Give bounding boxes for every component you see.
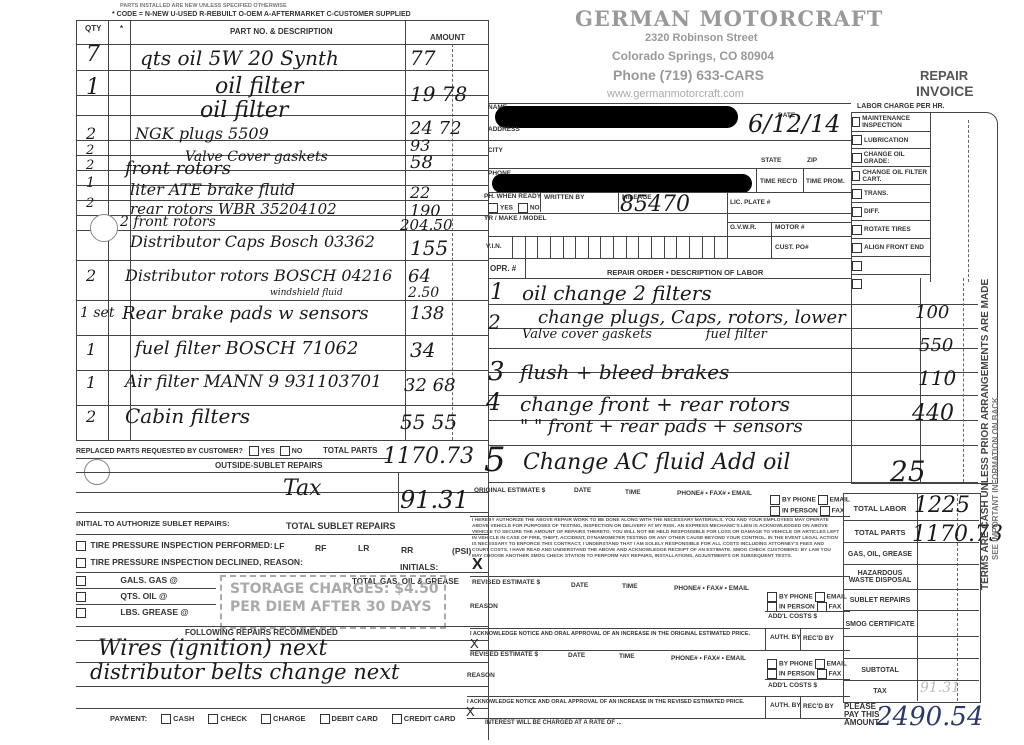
- ph-when-ready-label: PH. WHEN READY: [484, 193, 541, 200]
- zip-label: ZIP: [807, 157, 817, 164]
- yes-checkbox[interactable]: [249, 446, 259, 456]
- written-by-label: WRITTEN BY: [544, 194, 584, 201]
- labor-charge-per-hr: LABOR CHARGE PER HR.: [857, 103, 945, 110]
- service-align-front-end[interactable]: ALIGN FRONT END: [852, 239, 930, 257]
- motor-label: MOTOR #: [775, 224, 805, 231]
- pay-this-amount-value: 2490.54: [876, 702, 984, 732]
- col-amount-header: AMOUNT: [430, 33, 465, 42]
- replaced-parts-question: REPLACED PARTS REQUESTED BY CUSTOMER?: [76, 448, 243, 455]
- sublet-repairs-label: SUBLET REPAIRS: [845, 591, 915, 609]
- cust-po-label: CUST. PO#: [775, 244, 809, 251]
- shop-website[interactable]: www.germanmotorcraft.com: [607, 88, 744, 100]
- service-lubrication[interactable]: LUBRICATION: [852, 132, 930, 149]
- gals-gas-checkbox[interactable]: [76, 576, 86, 586]
- doc-title-1: REPAIR: [920, 68, 968, 83]
- recommended-line-1: Wires (ignition) next: [98, 636, 327, 661]
- payment-charge[interactable]: CHARGE: [261, 714, 306, 724]
- terms-note: TERMS ARE CASH UNLESS PRIOR ARRANGEMENTS…: [980, 279, 1000, 590]
- payment-options: PAYMENT: CASH CHECK CHARGE DEBIT CARD CR…: [110, 714, 455, 724]
- rev2-by-phone[interactable]: [767, 659, 777, 669]
- payment-cash[interactable]: CASH: [161, 714, 194, 724]
- code-legend-top: PARTS INSTALLED ARE NEW UNLESS SPECIFIED…: [120, 3, 287, 9]
- total-parts-label: TOTAL PARTS: [323, 446, 378, 455]
- shop-phone: Phone (719) 633-CARS: [613, 67, 764, 83]
- ack-original-signature-x[interactable]: X: [470, 636, 479, 651]
- lic-plate-label: LIC. PLATE #: [730, 199, 770, 206]
- tire-declined-checkbox[interactable]: [76, 558, 86, 568]
- service-change-oil-grade[interactable]: CHANGE OIL GRADE:: [852, 149, 930, 167]
- lbs-grease-checkbox[interactable]: [76, 608, 86, 618]
- tax-value: 91.31: [920, 680, 960, 696]
- city-label: CITY: [488, 147, 503, 154]
- rev2-in-person[interactable]: [767, 669, 777, 679]
- date-value: 6/12/14: [748, 110, 841, 138]
- service-diff[interactable]: DIFF.: [852, 203, 930, 221]
- opr-label: OPR. #: [490, 264, 516, 273]
- sublet-header: OUTSIDE-SUBLET REPAIRS: [215, 461, 322, 470]
- vin-boxes[interactable]: [512, 236, 727, 258]
- rev1-email[interactable]: [815, 592, 825, 602]
- total-sublet-label: TOTAL SUBLET REPAIRS: [286, 521, 395, 531]
- yr-make-model-label: YR / MAKE / MODEL: [484, 215, 546, 222]
- gvwr-label: G.V.W.R.: [730, 224, 757, 231]
- initial-sublet-label: INITIAL TO AUTHORIZE SUBLET REPAIRS:: [76, 519, 229, 528]
- service-blank-2[interactable]: [852, 275, 930, 292]
- service-maintenance[interactable]: MAINTENANCE INSPECTION: [852, 113, 930, 132]
- redacted-name: [495, 106, 738, 128]
- punch-hole: [90, 214, 118, 242]
- tax-amount: 91.31: [400, 486, 469, 514]
- col-qty-header: QTY: [85, 24, 101, 33]
- total-parts-value: 1170.73: [383, 444, 474, 469]
- shop-city: Colorado Springs, CO 80904: [612, 49, 774, 63]
- payment-credit-card[interactable]: CREDIT CARD: [392, 714, 456, 724]
- time-prom-label: TIME PROM.: [806, 178, 845, 185]
- vin-label: V.I.N.: [486, 243, 502, 250]
- tax-label: TAX: [845, 682, 915, 700]
- qts-oil-checkbox[interactable]: [76, 592, 86, 602]
- tire-performed-checkbox[interactable]: [76, 541, 86, 551]
- code-legend: * CODE = N-NEW U-USED R-REBUILT O-OEM A-…: [112, 11, 411, 18]
- shop-street: 2320 Robinson Street: [645, 32, 757, 44]
- payment-debit-card[interactable]: DEBIT CARD: [320, 714, 378, 724]
- original-estimate-label: ORIGINAL ESTIMATE $: [474, 487, 545, 494]
- orig-fax[interactable]: [820, 506, 830, 516]
- col-part-header: PART NO. & DESCRIPTION: [230, 27, 333, 36]
- orig-email[interactable]: [818, 495, 828, 505]
- ack-revised-signature-x[interactable]: X: [466, 704, 475, 719]
- rev2-fax[interactable]: [817, 669, 827, 679]
- payment-check[interactable]: CHECK: [208, 714, 247, 724]
- authorization-text: I HEREBY AUTHORIZE THE ABOVE REPAIR WORK…: [472, 518, 842, 560]
- total-labor-value: 1225: [914, 493, 970, 518]
- redacted-phone: [492, 174, 752, 193]
- labor-header: REPAIR ORDER • DESCRIPTION OF LABOR: [607, 268, 763, 277]
- total-labor-label: TOTAL LABOR: [845, 496, 915, 520]
- storage-stamp: STORAGE CHARGES: $4.50 PER DIEM AFTER 30…: [220, 575, 446, 629]
- pay-this-amount-label: PLEASE PAY THIS AMOUNT: [844, 703, 879, 727]
- service-rotate-tires[interactable]: ROTATE TIRES: [852, 221, 930, 239]
- ph-when-ready-yes[interactable]: [488, 203, 498, 213]
- revised-estimate-label-2: REVISED ESTIMATE $: [470, 651, 538, 658]
- subtotal-label: SUBTOTAL: [845, 660, 915, 680]
- hazardous-waste-label: HAZARDOUS WASTE DISPOSAL: [845, 566, 915, 588]
- interest-note: INTEREST WILL BE CHARGED AT A RATE OF ..…: [485, 720, 622, 726]
- ph-when-ready-no[interactable]: [518, 203, 528, 213]
- rev1-by-phone[interactable]: [767, 592, 777, 602]
- no-checkbox[interactable]: [280, 446, 290, 456]
- recommended-line-2: distributor belts change next: [90, 660, 399, 684]
- service-trans[interactable]: TRANS.: [852, 185, 930, 203]
- service-change-oil-filter[interactable]: CHANGE OIL FILTER CART.: [852, 167, 930, 185]
- smog-certificate-label: SMOG CERTIFICATE: [845, 612, 915, 636]
- revised-estimate-label-1: REVISED ESTIMATE $: [472, 579, 540, 586]
- address-label: ADDRESS: [488, 126, 520, 133]
- state-label: STATE: [761, 157, 781, 164]
- gas-oil-grease-label: GAS, OIL, GREASE: [845, 544, 915, 564]
- doc-title-2: INVOICE: [916, 83, 974, 99]
- authorization-signature-x[interactable]: X: [472, 556, 483, 574]
- orig-by-phone[interactable]: [770, 495, 780, 505]
- shop-name: GERMAN MOTORCRAFT: [575, 6, 883, 31]
- col-code-header: *: [120, 24, 123, 33]
- tax-note: Tax: [283, 476, 322, 501]
- time-recd-label: TIME REC'D: [760, 178, 797, 185]
- total-parts-summary-label: TOTAL PARTS: [845, 522, 915, 542]
- rev2-email[interactable]: [815, 659, 825, 669]
- service-blank-1[interactable]: [852, 257, 930, 275]
- orig-in-person[interactable]: [770, 506, 780, 516]
